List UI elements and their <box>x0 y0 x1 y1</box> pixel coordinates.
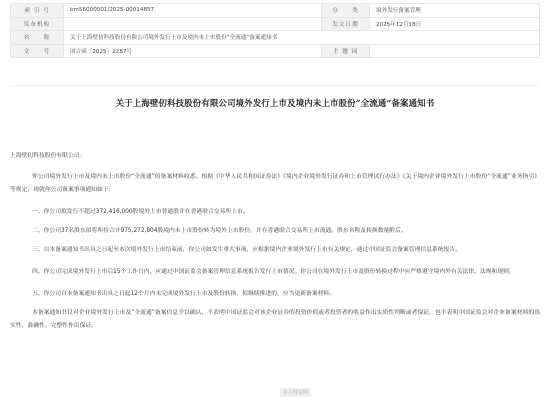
meta-row-docnum: 文 号 国合函〔2025〕2287号 主 题 词 <box>11 44 540 58</box>
item-paragraph-1: 一、你公司拟发行不超过372,416,000股境外上市普通股并在香港联合交易所上… <box>10 206 540 219</box>
meta-value-docnum: 国合函〔2025〕2287号 <box>64 44 322 58</box>
meta-label-name: 名 称 <box>11 31 64 45</box>
meta-value-keywords <box>370 44 540 58</box>
meta-value-date: 2025年12月18日 <box>370 17 540 31</box>
meta-row-publisher: 发布机构 发文日期 2025年12月18日 <box>11 17 540 31</box>
watermark-badge: 东方财富网 <box>280 388 311 397</box>
meta-label-publisher: 发布机构 <box>11 17 64 31</box>
meta-value-publisher <box>64 17 322 31</box>
intro-paragraph: 你公司境外发行上市及境内未上市股份“全流通”的备案材料收悉。根据《中华人民共和国… <box>10 171 540 197</box>
meta-value-index: bm56000001/2025-00014857 <box>64 4 322 18</box>
document-body: 上海壁仞科技股份有限公司： 你公司境外发行上市及境内未上市股份“全流通”的备案材… <box>10 150 540 342</box>
item-paragraph-5: 五、你公司自本备案通知书出具之日起12个月内未完成境外发行上市及股份转换，拟继续… <box>10 288 540 301</box>
meta-row-index: 索 引 号 bm56000001/2025-00014857 分 类 境外发行备… <box>11 4 540 18</box>
document-meta-table: 索 引 号 bm56000001/2025-00014857 分 类 境外发行备… <box>10 3 540 58</box>
item-paragraph-4: 四、你公司完成境外发行上市后15个工作日内，应通过中国证监会备案管理信息系统报告… <box>10 266 540 279</box>
meta-row-name: 名 称 关于上海壁仞科技股份有限公司境外发行上市及境内未上市股份“全流通”备案通… <box>11 31 540 45</box>
meta-label-date: 发文日期 <box>322 17 370 31</box>
divider <box>10 85 540 86</box>
meta-value-category: 境外发行备案管理 <box>370 4 540 18</box>
meta-label-keywords: 主 题 词 <box>322 44 370 58</box>
closing-paragraph: 本备案通知书仅对企业境外发行上市及“全流通”备案信息予以确认，不表明中国证监会对… <box>10 307 540 333</box>
meta-label-docnum: 文 号 <box>11 44 64 58</box>
meta-label-index: 索 引 号 <box>11 4 64 18</box>
item-paragraph-3: 三、自本备案通知书出具之日起至本次境外发行上市结束前，你公司如发生重大事项，应根… <box>10 244 540 257</box>
item-paragraph-2: 二、你公司37名股东拟将所持合计975,272,804股境内未上市股份转为境外上… <box>10 225 540 238</box>
meta-label-category: 分 类 <box>322 4 370 18</box>
document-page: 索 引 号 bm56000001/2025-00014857 分 类 境外发行备… <box>0 0 550 405</box>
document-title: 关于上海壁仞科技股份有限公司境外发行上市及境内未上市股份“全流通”备案通知书 <box>0 97 550 109</box>
addressee: 上海壁仞科技股份有限公司： <box>10 150 540 163</box>
meta-value-name: 关于上海壁仞科技股份有限公司境外发行上市及境内未上市股份“全流通”备案通知书 <box>64 31 540 45</box>
